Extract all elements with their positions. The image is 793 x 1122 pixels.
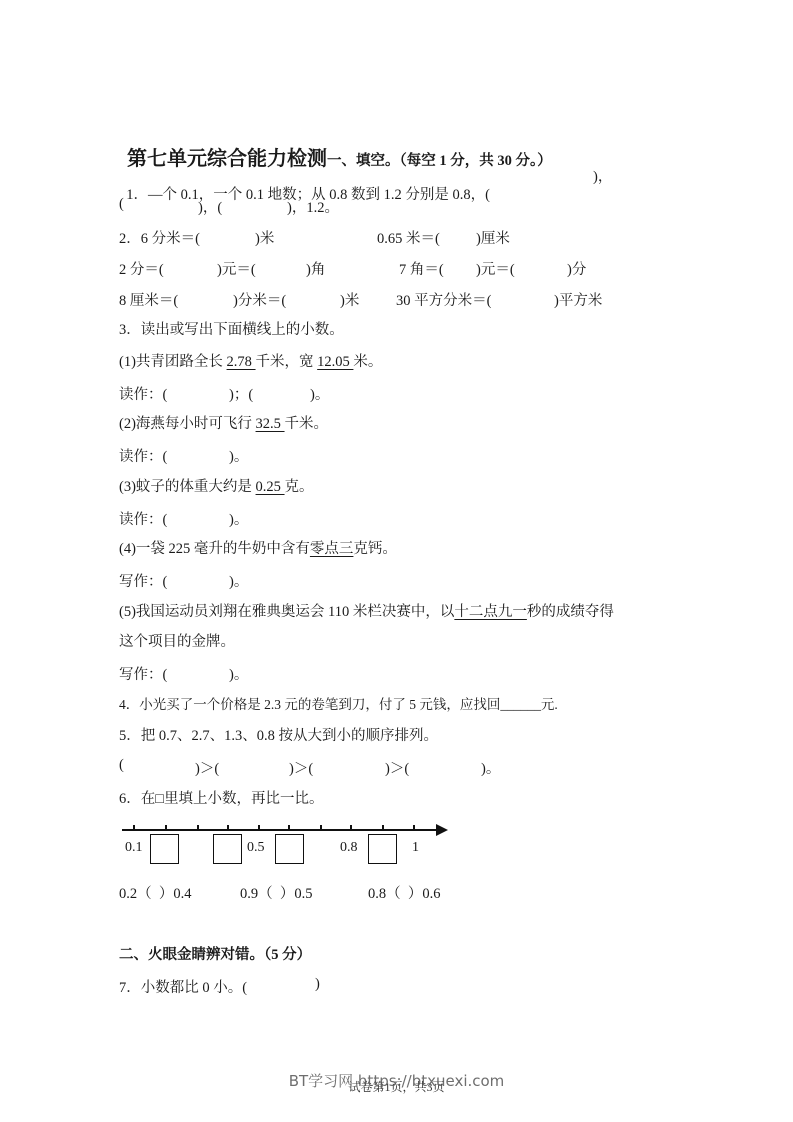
answer-blank-end: )。 — [229, 570, 248, 591]
read-as-label: 读作：( — [119, 445, 167, 466]
question-2-item-2-unit: )厘米 — [476, 227, 510, 248]
question-3-part-3: (3)蚊子的体重大约是 0.25 克。 — [119, 477, 314, 497]
tick-mark — [133, 825, 135, 830]
question-2-item-1-unit: )米 — [255, 227, 274, 248]
tick-mark — [413, 825, 415, 830]
question-4: 4．小光买了一个价格是 2.3 元的卷笔到刀，付了 5 元钱，应找回______… — [119, 695, 558, 715]
text: 千米，宽 — [256, 354, 318, 370]
order-gt-2: )＞( — [289, 757, 313, 778]
order-end: )。 — [481, 757, 500, 778]
text: 4．小光买了一个价格是 2.3 元的卷笔到刀，付了 5 元钱，应找回 — [119, 697, 500, 712]
question-7: 7．小数都比 0 小。( — [119, 976, 247, 997]
underlined-number: 32.5 — [256, 416, 285, 432]
text: 0.2 — [119, 886, 137, 902]
question-2-item-3-mid: )元＝( — [217, 258, 256, 279]
tick-mark — [227, 825, 229, 830]
question-2-item-3-unit: )角 — [306, 258, 325, 279]
number-line-label: 1 — [412, 840, 419, 856]
answer-blank-end: )。 — [229, 445, 248, 466]
comparison-3: 0.8（ ）0.6 — [368, 882, 441, 903]
number-line: 0.1 0.5 0.8 1 — [120, 815, 450, 875]
number-line-label: 0.8 — [340, 840, 358, 856]
answer-blank-sep: )；( — [229, 383, 253, 404]
question-7-end: ) — [315, 976, 320, 993]
text: 千米。 — [285, 416, 329, 432]
text: 克。 — [285, 479, 314, 495]
question-6-stem: 6．在□里填上小数，再比一比。 — [119, 789, 324, 809]
tick-mark — [197, 825, 199, 830]
text: 0.8 — [368, 886, 386, 902]
text: (1)共青团路全长 — [119, 354, 227, 370]
text: （ — [258, 886, 273, 902]
question-2-item-6: 30 平方分米＝( — [396, 289, 491, 310]
tick-mark — [258, 825, 260, 830]
text: 秒的成绩夺得 — [527, 604, 614, 620]
answer-blank-end: )。 — [310, 383, 329, 404]
answer-blank-end: )。 — [229, 508, 248, 529]
question-1-end: )，1.2。 — [287, 196, 339, 217]
answer-box-3[interactable] — [275, 834, 304, 864]
question-2-item-3: 2 分＝( — [119, 258, 164, 279]
order-gt-1: )＞( — [195, 757, 219, 778]
text: (4)一袋 225 毫升的牛奶中含有 — [119, 541, 310, 557]
tick-mark — [382, 825, 384, 830]
underlined-words: 十二点九一 — [454, 604, 527, 620]
underlined-number: 2.78 — [227, 354, 256, 370]
text: 0.5 — [294, 886, 312, 902]
question-3-part-4: (4)一袋 225 毫升的牛奶中含有零点三克钙。 — [119, 539, 397, 559]
question-1-blank-close: )， — [593, 165, 612, 186]
text: ） — [408, 886, 423, 902]
underlined-number: 0.25 — [256, 479, 285, 495]
text: 0.6 — [422, 886, 440, 902]
answer-blank: ______ — [500, 697, 541, 712]
order-blank-1-open: ( — [119, 757, 124, 774]
comparison-2: 0.9（ ）0.5 — [240, 882, 313, 903]
text: (2)海燕每小时可飞行 — [119, 416, 256, 432]
number-line-label: 0.5 — [247, 840, 265, 856]
tick-mark — [320, 825, 322, 830]
text: 克钙。 — [353, 541, 397, 557]
answer-box-4[interactable] — [368, 834, 397, 864]
page-title-row: 第七单元综合能力检测一、填空。（每空 1 分，共 30 分。） — [119, 124, 552, 171]
number-line-label: 0.1 — [125, 840, 143, 856]
question-3-stem: 3．读出或写出下面横线上的小数。 — [119, 320, 344, 340]
question-3-part-1: (1)共青团路全长 2.78 千米，宽 12.05 米。 — [119, 352, 382, 372]
text: （ — [137, 886, 152, 902]
question-3-part-5: (5)我国运动员刘翔在雅典奥运会 110 米栏决赛中，以十二点九一秒的成绩夺得 — [119, 602, 614, 622]
comparison-1: 0.2（ ）0.4 — [119, 882, 192, 903]
answer-box-1[interactable] — [150, 834, 179, 864]
question-2-item-1: 2．6 分米＝( — [119, 227, 200, 248]
answer-box-2[interactable] — [213, 834, 242, 864]
tick-mark — [165, 825, 167, 830]
text: ） — [280, 886, 295, 902]
question-2-item-4: 7 角＝( — [399, 258, 444, 279]
underlined-number: 12.05 — [317, 354, 353, 370]
question-2-item-4-mid: )元＝( — [476, 258, 515, 279]
write-as-label: 写作：( — [119, 663, 167, 684]
order-gt-3: )＞( — [385, 757, 409, 778]
arrow-right-icon — [436, 824, 448, 836]
question-1-blank-3-open: )，( — [198, 196, 222, 217]
text: 元. — [541, 697, 558, 712]
text: (3)蚊子的体重大约是 — [119, 479, 256, 495]
question-2-item-5-unit: )米 — [340, 289, 359, 310]
question-3-part-5-cont: 这个项目的金牌。 — [119, 632, 235, 652]
text: (5)我国运动员刘翔在雅典奥运会 110 米栏决赛中，以 — [119, 604, 454, 620]
tick-mark — [350, 825, 352, 830]
question-2-item-5-mid: )分米＝( — [233, 289, 286, 310]
read-as-label: 读作：( — [119, 383, 167, 404]
text: 米。 — [353, 354, 382, 370]
question-2-item-6-unit: )平方米 — [554, 289, 602, 310]
question-2-item-5: 8 厘米＝( — [119, 289, 178, 310]
watermark: BT学习网 https://btxuexi.com — [0, 1070, 793, 1091]
question-2-item-2: 0.65 米＝( — [377, 227, 440, 248]
text: 0.9 — [240, 886, 258, 902]
section-2-heading: 二、火眼金睛辨对错。（5 分） — [119, 945, 311, 965]
number-line-axis — [122, 829, 440, 831]
underlined-words: 零点三 — [310, 541, 354, 557]
text: 0.4 — [173, 886, 191, 902]
answer-blank-end: )。 — [229, 663, 248, 684]
question-1-blank-2-open: ( — [119, 196, 124, 213]
read-as-label: 读作：( — [119, 508, 167, 529]
text: ） — [159, 886, 174, 902]
question-3-part-2: (2)海燕每小时可飞行 32.5 千米。 — [119, 414, 328, 434]
tick-mark — [288, 825, 290, 830]
question-2-item-4-unit: )分 — [567, 258, 586, 279]
text: （ — [386, 886, 401, 902]
write-as-label: 写作：( — [119, 570, 167, 591]
question-5-stem: 5．把 0.7、2.7、1.3、0.8 按从大到小的顺序排列。 — [119, 726, 438, 746]
